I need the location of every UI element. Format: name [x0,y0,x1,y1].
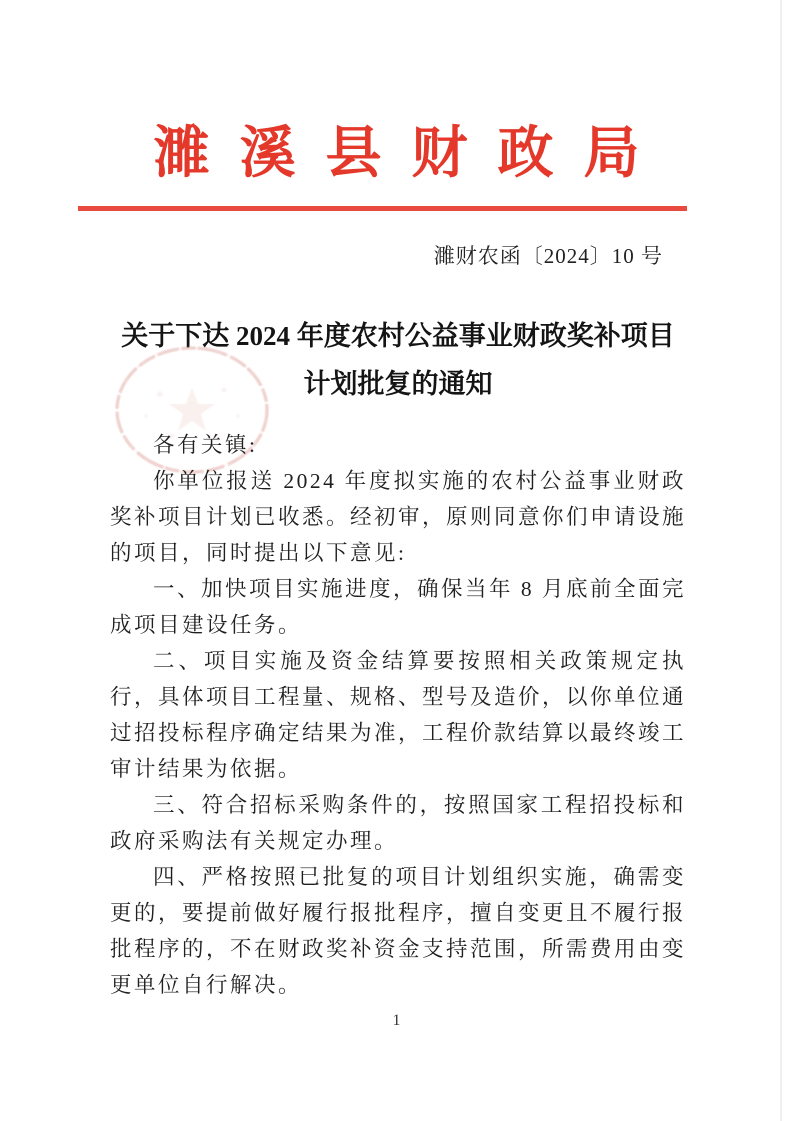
body-paragraph: 你单位报送 2024 年度拟实施的农村公益事业财政奖补项目计划已收悉。经初审，原… [110,463,686,571]
body-paragraph: 四、严格按照已批复的项目计划组织实施，确需变更的，要提前做好履行报批程序，擅自变… [110,859,686,1003]
body-paragraph: 三、符合招标采购条件的，按照国家工程招投标和政府采购法有关规定办理。 [110,787,686,859]
body-paragraph: 一、加快项目实施进度，确保当年 8 月底前全面完成项目建设任务。 [110,571,686,643]
letterhead-divider [78,206,687,211]
salutation: 各有关镇: [110,427,686,463]
letterhead-agency-text: 濉溪县财政局 [154,123,670,185]
document-number: 濉财农函〔2024〕10 号 [434,240,663,270]
document-title: 关于下达 2024 年度农村公益事业财政奖补项目计划批复的通知 [110,312,686,408]
page-number: 1 [0,1012,793,1030]
document-body: 各有关镇: 你单位报送 2024 年度拟实施的农村公益事业财政奖补项目计划已收悉… [110,427,686,1003]
document-page: 濉溪县财政局 濉财农函〔2024〕10 号 关于下达 2024 年度农村公益事业… [0,0,793,1121]
body-paragraph: 二、项目实施及资金结算要按照相关政策规定执行，具体项目工程量、规格、型号及造价，… [110,643,686,787]
letterhead-agency-name: 濉溪县财政局 [0,122,793,186]
